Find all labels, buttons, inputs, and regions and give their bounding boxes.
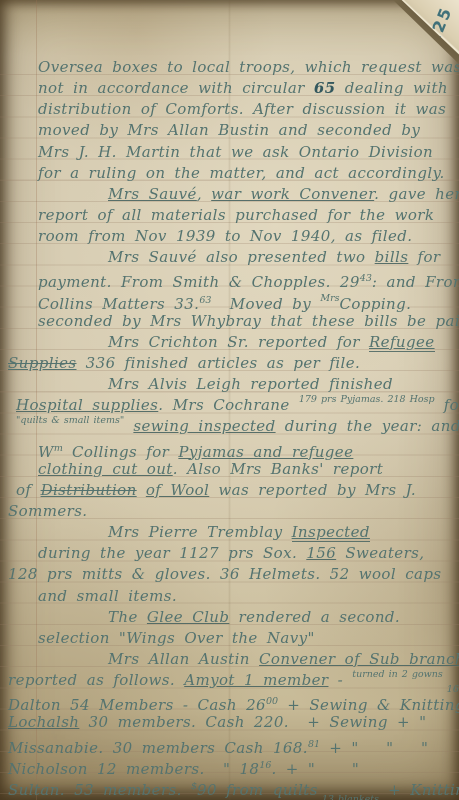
text-segment: for a ruling on the matter, and act acco…: [38, 164, 445, 182]
text-segment: room from Nov 1939 to Nov 1940, as filed…: [38, 227, 412, 245]
text-segment: during the year: and Mrs.: [276, 417, 459, 435]
text-segment: rendered a second.: [229, 608, 400, 626]
handwriting-line: Mrs Pierre Tremblay Inspected: [38, 522, 455, 543]
text-segment: [124, 417, 133, 435]
text-segment: -: [328, 671, 352, 689]
text-segment: war work Convener: [211, 185, 374, 203]
text-segment: : and From: [372, 273, 459, 291]
text-segment: not in accordance with circular: [38, 79, 314, 97]
text-segment: Mrs Sauvé also presented two: [108, 248, 375, 266]
handwriting-line: during the year 1127 prs Sox. 156 Sweate…: [38, 543, 455, 564]
handwriting-line: Wm Collings for Pyjamas and refugee: [38, 438, 455, 459]
text-segment: Copping.: [340, 295, 412, 313]
text-segment: bills: [375, 248, 409, 266]
handwriting-line: The Glee Club rendered a second.: [38, 607, 455, 628]
text-segment: Refugee: [369, 333, 435, 352]
handwriting-line: Sommers.: [8, 501, 455, 522]
text-segment: seconded by Mrs Whybray that these bills…: [38, 312, 459, 330]
handwriting-line: and small items.: [38, 586, 455, 607]
text-segment: for: [408, 248, 440, 266]
text-segment: Mrs J. H. Martin that we ask Ontario Div…: [38, 143, 433, 161]
text-segment: Amyot 1 member: [184, 671, 328, 689]
text-segment: Distribution: [41, 481, 137, 499]
handwriting-line: Lochalsh 30 members. Cash 220. + Sewing …: [8, 712, 455, 733]
text-segment: 13 blankets: [318, 794, 379, 800]
text-segment: 63: [199, 295, 211, 306]
handwriting-line: room from Nov 1939 to Nov 1940, as filed…: [38, 226, 455, 247]
text-segment: . + " ": [271, 760, 359, 778]
handwriting-line: Mrs Allan Austin Convener of Sub branche…: [38, 649, 455, 670]
text-segment: Mrs: [320, 293, 339, 304]
text-segment: for all: [435, 396, 459, 414]
text-segment: Collings for: [63, 443, 179, 461]
handwriting-line: Dalton 54 Members - Cash 2600 + Sewing &…: [8, 691, 455, 712]
text-segment: + " " ": [320, 739, 428, 757]
text-segment: Missanabie. 30 members Cash 168.: [8, 739, 308, 757]
text-segment: + Knitting: [379, 781, 459, 799]
handwriting-line: Missanabie. 30 members Cash 168.81 + " "…: [8, 734, 455, 755]
text-segment: ,: [197, 185, 211, 203]
text-segment: W: [38, 443, 54, 461]
text-segment: payment. From Smith & Chopples. 29: [38, 273, 360, 291]
text-segment: during the year 1127 prs Sox.: [38, 544, 306, 562]
text-segment: "quilts & small items": [16, 415, 124, 426]
text-segment: 43: [360, 273, 372, 284]
text-segment: [137, 481, 146, 499]
text-segment: reported as follows.: [8, 671, 184, 689]
handwriting-line: Mrs J. H. Martin that we ask Ontario Div…: [38, 142, 455, 163]
handwriting-line: 128 prs mitts & gloves. 36 Helmets. 52 w…: [8, 564, 455, 585]
text-segment: The: [108, 608, 147, 626]
text-segment: 30 members. Cash 220. + Sewing + ": [79, 713, 426, 731]
handwriting-line: Mrs Alvis Leigh reported finished: [38, 374, 455, 395]
text-segment: Mrs Alvis Leigh reported finished: [108, 375, 393, 393]
text-segment: Moved by: [211, 295, 320, 313]
text-segment: Pyjamas and refugee: [178, 443, 353, 461]
handwriting-line: distribution of Comforts. After discussi…: [38, 99, 455, 120]
text-segment: dealing with: [336, 79, 448, 97]
text-segment: selection "Wings Over the Navy": [38, 629, 315, 647]
text-segment: Mrs Crichton Sr. reported for: [108, 333, 369, 351]
text-segment: . gave her: [374, 185, 459, 203]
text-segment: turned in 2 gowns: [352, 669, 443, 680]
text-segment: distribution of Comforts. After discussi…: [38, 100, 446, 118]
text-segment: clothing cut out: [38, 460, 173, 478]
text-segment: Sommers.: [8, 502, 87, 520]
text-segment: and small items.: [38, 587, 177, 605]
text-segment: 336 finished articles as per file.: [77, 354, 361, 372]
text-segment: Mrs Allan Austin: [108, 650, 259, 668]
text-segment: Mrs Pierre Tremblay: [108, 523, 292, 541]
text-segment: 00: [266, 696, 278, 707]
handwriting-line: "quilts & small items" sewing inspected …: [16, 416, 455, 437]
text-segment: . Also Mrs Banks' report: [173, 460, 383, 478]
text-segment: Supplies: [8, 354, 77, 372]
text-segment: . Mrs Cochrane: [158, 396, 299, 414]
handwriting-line: Mrs Sauvé also presented two bills for: [38, 247, 455, 268]
handwriting-line: of Distribution of Wool was reported by …: [16, 480, 455, 501]
handwriting-line: Oversea boxes to local troops, which req…: [38, 57, 455, 78]
text-segment: 65: [314, 79, 336, 97]
text-segment: moved by Mrs Allan Bustin and seconded b…: [38, 121, 420, 139]
photographed-page: Oversea boxes to local troops, which req…: [0, 0, 459, 800]
handwriting-line: Mrs Sauvé, war work Convener. gave her: [38, 184, 455, 205]
text-segment: Inspected: [292, 523, 370, 542]
handwriting-line: Nicholson 12 members. " 1816. + " ": [8, 755, 455, 776]
handwriting: Oversea boxes to local troops, which req…: [38, 57, 455, 797]
handwriting-line: payment. From Smith & Chopples. 2943: an…: [38, 268, 455, 289]
text-segment: Sweaters,: [336, 544, 424, 562]
text-segment: report of all materials purchased for th…: [38, 206, 434, 224]
text-segment: Hospital supplies: [16, 396, 158, 414]
handwriting-line: reported as follows. Amyot 1 member - tu…: [8, 670, 455, 691]
text-segment: Mrs Sauvé: [108, 185, 197, 203]
text-segment: 128 prs mitts & gloves. 36 Helmets. 52 w…: [8, 565, 441, 583]
handwriting-line: selection "Wings Over the Navy": [38, 628, 455, 649]
text-segment: 179 prs Pyjamas. 218 Hosp: [299, 394, 435, 405]
handwriting-line: seconded by Mrs Whybray that these bills…: [38, 311, 455, 332]
text-segment: Lochalsh: [8, 713, 79, 731]
text-segment: Glee Club: [147, 608, 229, 626]
text-segment: sewing inspected: [133, 417, 275, 435]
handwriting-line: report of all materials purchased for th…: [38, 205, 455, 226]
handwriting-line: Supplies 336 finished articles as per fi…: [8, 353, 455, 374]
handwriting-line: Collins Matters 33.63 Moved by MrsCoppin…: [38, 290, 455, 311]
handwriting-line: not in accordance with circular 65 deali…: [38, 78, 455, 99]
text-segment: Sultan. 53 members.: [8, 781, 191, 799]
text-segment: 16 prs pyjamas: [443, 684, 459, 695]
handwriting-line: moved by Mrs Allan Bustin and seconded b…: [38, 120, 455, 141]
text-segment: Nicholson 12 members. " 18: [8, 760, 259, 778]
handwriting-line: for a ruling on the matter, and act acco…: [38, 163, 455, 184]
text-segment: m: [54, 443, 63, 454]
text-segment: 16: [259, 760, 271, 771]
handwriting-line: Mrs Crichton Sr. reported for Refugee: [38, 332, 455, 353]
text-segment: 90 from quilts: [197, 781, 318, 799]
handwriting-line: Hospital supplies. Mrs Cochrane 179 prs …: [16, 395, 455, 416]
text-segment: of Wool: [146, 481, 209, 499]
text-segment: Oversea boxes to local troops, which req…: [38, 58, 459, 76]
text-segment: 81: [308, 739, 320, 750]
text-segment: Convener of Sub branches: [259, 650, 459, 668]
text-segment: 156: [306, 544, 336, 562]
handwriting-line: Sultan. 53 members. $90 from quilts 13 b…: [8, 776, 455, 797]
text-segment: of: [16, 481, 41, 499]
text-segment: was reported by Mrs J.: [209, 481, 416, 499]
text-segment: Collins Matters 33.: [38, 295, 199, 313]
handwriting-line: clothing cut out. Also Mrs Banks' report: [38, 459, 455, 480]
